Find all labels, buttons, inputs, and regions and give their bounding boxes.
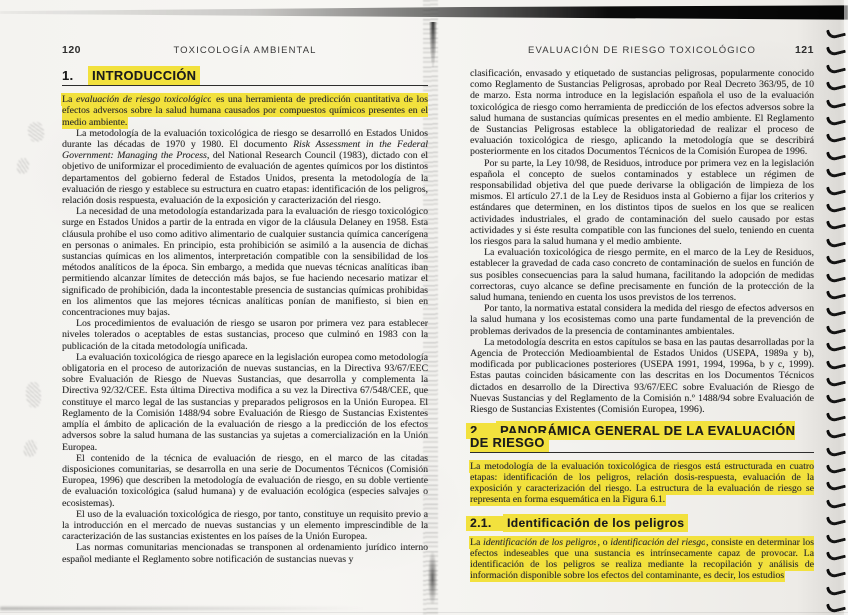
page-content: clasificación, envasado y etiquetado de …: [470, 68, 814, 582]
page-number: 121: [795, 44, 814, 56]
spiral-ring: [826, 235, 846, 249]
paragraph: clasificación, envasado y etiquetado de …: [470, 68, 814, 158]
spiral-ring: [826, 322, 846, 336]
scan-bottom-shadow: [0, 607, 430, 610]
spiral-ring: [826, 113, 846, 127]
section-heading: 1.INTRODUCCIÓN: [62, 70, 428, 86]
running-header-title: TOXICOLOGÍA AMBIENTAL: [62, 45, 428, 56]
section-title: PANORÁMICA GENERAL DE LA EVALUACIÓN DE R…: [470, 423, 795, 449]
spiral-ring: [826, 43, 846, 57]
spiral-ring: [826, 426, 846, 440]
paragraph: La metodología descrita en estos capítul…: [470, 337, 814, 415]
spiral-ring: [826, 287, 846, 301]
gutter-fold-mark-bottom: [428, 552, 437, 604]
paragraph: La metodología de la evaluación toxicoló…: [470, 461, 814, 506]
spiral-ring: [826, 478, 846, 492]
paragraph: El uso de la evaluación toxicológica de …: [62, 509, 428, 543]
spiral-ring: [826, 78, 846, 92]
paragraph: La metodología de la evaluación toxicoló…: [62, 128, 428, 206]
spiral-ring: [826, 270, 846, 284]
spiral-ring: [826, 26, 846, 40]
paragraph: Las normas comunitarias mencionadas se t…: [62, 542, 428, 564]
spiral-ring: [826, 339, 846, 353]
scanned-book-spread: 120 TOXICOLOGÍA AMBIENTAL 1.INTRODUCCIÓN…: [0, 0, 848, 615]
paragraph: Por su parte, la Ley 10/98, de Residuos,…: [470, 158, 814, 248]
spiral-ring: [826, 200, 846, 214]
spiral-ring: [826, 183, 846, 197]
running-header-left: 120 TOXICOLOGÍA AMBIENTAL: [62, 45, 428, 59]
section-heading: 2.1.Identificación de los peligros: [470, 518, 814, 530]
section-number: 2.1.: [470, 518, 507, 529]
gutter-fold-mark-top: [429, 22, 437, 68]
paragraph: La necesidad de una metodología estandar…: [62, 206, 428, 318]
spiral-ring: [826, 444, 846, 458]
pencil-mark: [22, 439, 39, 459]
paragraph: Los procedimientos de evaluación de ries…: [62, 318, 428, 352]
spiral-ring: [826, 565, 846, 579]
spiral-ring: [826, 531, 846, 545]
pencil-mark: [25, 381, 42, 408]
spiral-ring: [826, 252, 846, 266]
page-121: EVALUACIÓN DE RIESGO TOXICOLÓGICO 121 cl…: [470, 0, 814, 615]
spiral-ring: [826, 165, 846, 179]
pencil-mark: [26, 121, 46, 144]
section-title: INTRODUCCIÓN: [92, 68, 196, 83]
spiral-ring: [826, 374, 846, 388]
spiral-ring: [826, 461, 846, 475]
spiral-ring: [826, 409, 846, 423]
page-content: 1.INTRODUCCIÓNLa evaluación de riesgo to…: [62, 70, 428, 565]
spiral-ring: [826, 61, 846, 75]
spiral-ring: [826, 548, 846, 562]
paragraph: Por tanto, la normativa estatal consider…: [470, 303, 814, 337]
pencil-mark: [16, 157, 30, 175]
spiral-ring: [826, 513, 846, 527]
paragraph: La evaluación de riesgo toxicológico es …: [62, 94, 428, 128]
spiral-ring: [826, 391, 846, 405]
scan-bottom-edge: [0, 612, 848, 613]
spiral-ring: [826, 148, 846, 162]
page-120: 120 TOXICOLOGÍA AMBIENTAL 1.INTRODUCCIÓN…: [62, 0, 428, 615]
spiral-ring: [826, 357, 846, 371]
spiral-binding: [822, 0, 848, 615]
spiral-ring: [826, 496, 846, 510]
spiral-ring: [826, 96, 846, 110]
section-heading: 2.PANORÁMICA GENERAL DE LA EVALUACIÓN DE…: [470, 425, 814, 452]
section-title: Identificación de los peligros: [507, 516, 684, 530]
paragraph: La identificación de los peligros, o ide…: [470, 537, 814, 582]
paragraph: La evaluación toxicológica de riesgo apa…: [62, 352, 428, 453]
running-header-right: EVALUACIÓN DE RIESGO TOXICOLÓGICO 121: [470, 45, 814, 59]
spiral-ring: [826, 130, 846, 144]
section-number: 1.: [62, 70, 92, 81]
spiral-ring: [826, 583, 846, 597]
page-number: 120: [62, 44, 81, 56]
running-header-title: EVALUACIÓN DE RIESGO TOXICOLÓGICO: [470, 45, 814, 56]
spiral-ring: [826, 217, 846, 231]
paragraph: La evaluación toxicológica de riesgo per…: [470, 247, 814, 303]
paragraph: El contenido de la técnica de evaluación…: [62, 453, 428, 509]
spiral-ring: [826, 304, 846, 318]
